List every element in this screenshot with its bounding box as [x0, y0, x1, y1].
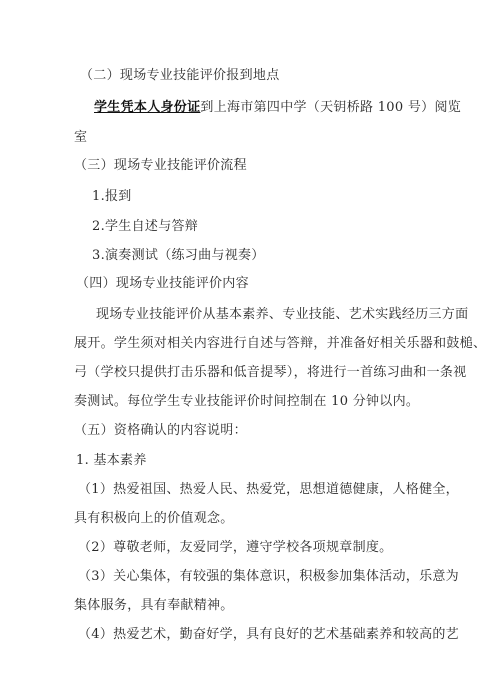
content-paragraph-line2: 展开。学生须对相关内容进行自述与答辩，并准备好相关乐器和鼓槌、 [74, 336, 480, 352]
content-paragraph-line4: 奏测试。每位学生专业技能评价时间控制在 10 分钟以内。 [74, 394, 419, 410]
process-step-2: 2.学生自述与答辩 [92, 219, 198, 235]
process-step-3: 3.演奏测试（练习曲与视奏） [92, 248, 265, 264]
item-2-line1: （2）尊敬老师，友爱同学，遵守学校各项规章制度。 [78, 540, 392, 556]
section-heading-5: （五）资格确认的内容说明： [74, 423, 247, 439]
item-3-line2: 集体服务，具有奉献精神。 [74, 598, 234, 614]
paragraph-checkin-line1: 学生凭本人身份证到上海市第四中学（天钥桥路 100 号）阅览 [94, 100, 461, 116]
section-heading-3: （三）现场专业技能评价流程 [74, 158, 247, 174]
process-step-1: 1.报到 [92, 189, 132, 205]
item-1-line1: （1）热爱祖国、热爱人民、热爱党，思想道德健康，人格健全， [78, 482, 459, 498]
item-4-line1: （4）热爱艺术，勤奋好学，具有良好的艺术基础素养和较高的艺 [78, 627, 459, 643]
section-heading-4: （四）现场专业技能评价内容 [76, 276, 249, 292]
item-3-line1: （3）关心集体，有较强的集体意识，积极参加集体活动，乐意为 [78, 569, 459, 585]
item-1-line2: 具有积极向上的价值观念。 [74, 511, 234, 527]
content-paragraph-line1: 现场专业技能评价从基本素养、专业技能、艺术实践经历三方面 [96, 307, 468, 323]
content-paragraph-line3: 弓（学校只提供打击乐器和低音提琴），将进行一首练习曲和一条视 [74, 365, 467, 381]
document-page: （二）现场专业技能评价报到地点 学生凭本人身份证到上海市第四中学（天钥桥路 10… [0, 0, 480, 679]
section-heading-2: （二）现场专业技能评价报到地点 [80, 68, 280, 84]
id-card-requirement: 学生凭本人身份证 [94, 100, 200, 115]
paragraph-checkin-line2: 室 [74, 130, 87, 146]
checkin-location: 到上海市第四中学（天钥桥路 100 号）阅览 [200, 100, 461, 115]
subsection-basic-literacy: 1. 基本素养 [76, 453, 147, 469]
